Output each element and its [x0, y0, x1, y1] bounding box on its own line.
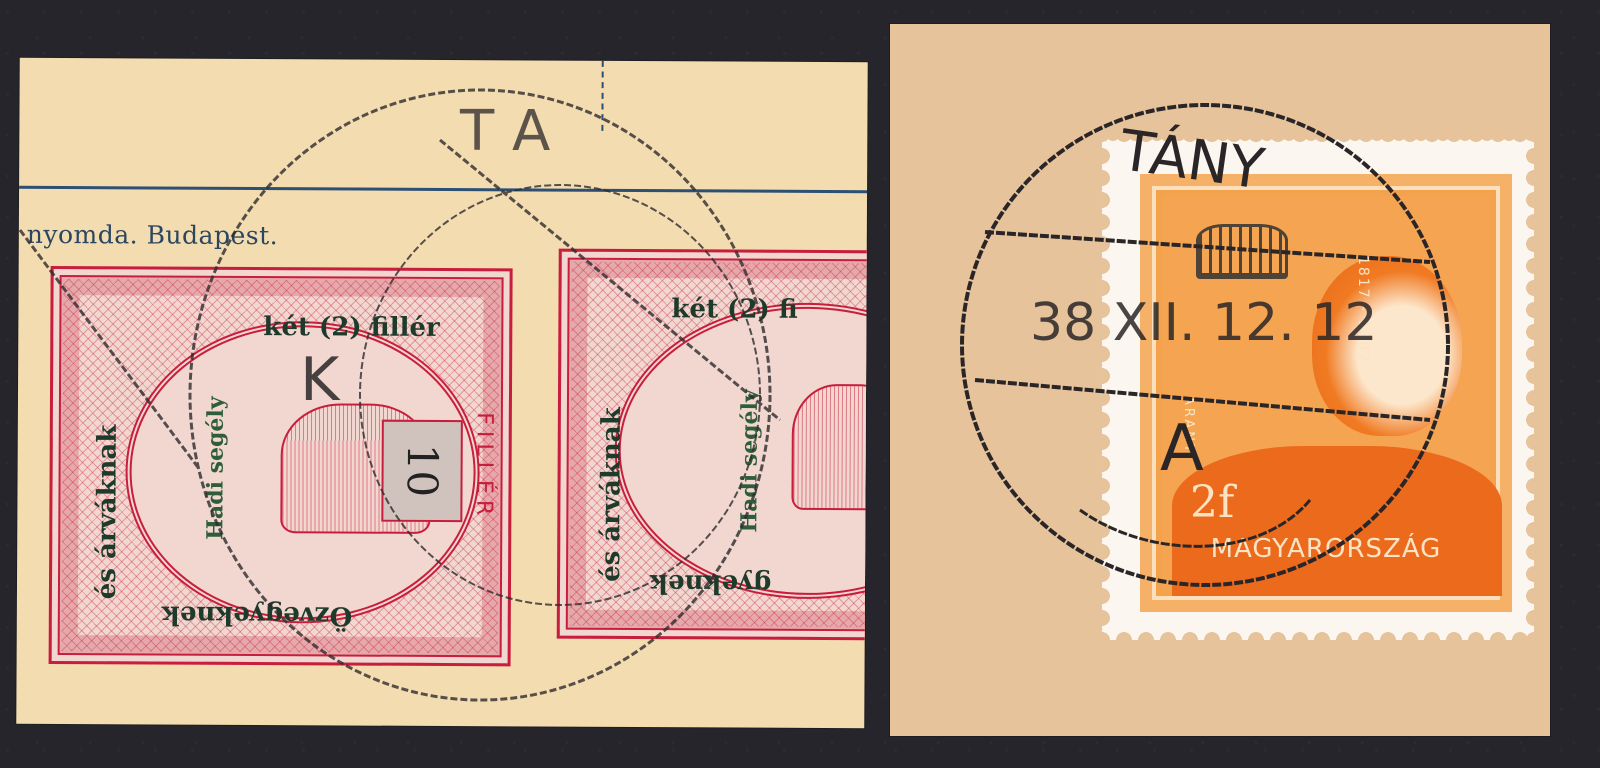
poet-name: ARANY	[1181, 396, 1196, 455]
life-years: 1817 - 1882	[1355, 256, 1371, 363]
overprint-green: Hadi segély	[736, 389, 763, 532]
blue-horizontal-rule	[19, 186, 867, 193]
stamp-design-area: ARANY 1817 - 1882 2f MAGYARORSZÁG	[1162, 196, 1490, 590]
dashed-guide-line	[601, 61, 603, 131]
charity-stamp-2: két (2) fi és árváknak gyeknek Hadi segé…	[557, 249, 868, 641]
overprint-side: és árváknak	[92, 425, 123, 600]
portrait-head	[1312, 256, 1462, 436]
overprint-bottom: Özvegyeknek	[162, 600, 353, 631]
holy-crown-icon	[1196, 224, 1288, 279]
overprint-side: és árváknak	[596, 407, 627, 582]
charity-stamp-1: 10 FILLÉR két (2) fillér és árváknak Özv…	[49, 266, 513, 666]
arany-stamp: ARANY 1817 - 1882 2f MAGYARORSZÁG	[1140, 174, 1512, 612]
right-stamp-piece: ARANY 1817 - 1882 2f MAGYARORSZÁG	[890, 24, 1550, 736]
overprint-green: Hadi segély	[202, 396, 229, 539]
overprint-top: két (2) fillér	[263, 312, 439, 343]
overprint-bottom: gyeknek	[650, 568, 771, 599]
face-value: 10	[398, 444, 447, 498]
overprint-top: két (2) fi	[671, 294, 797, 325]
crown-emblem-icon	[792, 383, 868, 510]
country-name: MAGYARORSZÁG	[1184, 534, 1468, 564]
denomination-label: FILLÉR	[467, 342, 500, 593]
face-value: 2f	[1190, 477, 1234, 528]
denomination-text: FILLÉR	[471, 413, 497, 522]
left-stamp-piece: nyomda. Budapest. 10 FILLÉR két (2) fill…	[16, 58, 867, 728]
printer-imprint-text: nyomda. Budapest.	[27, 220, 278, 250]
value-box: 10	[381, 420, 463, 522]
